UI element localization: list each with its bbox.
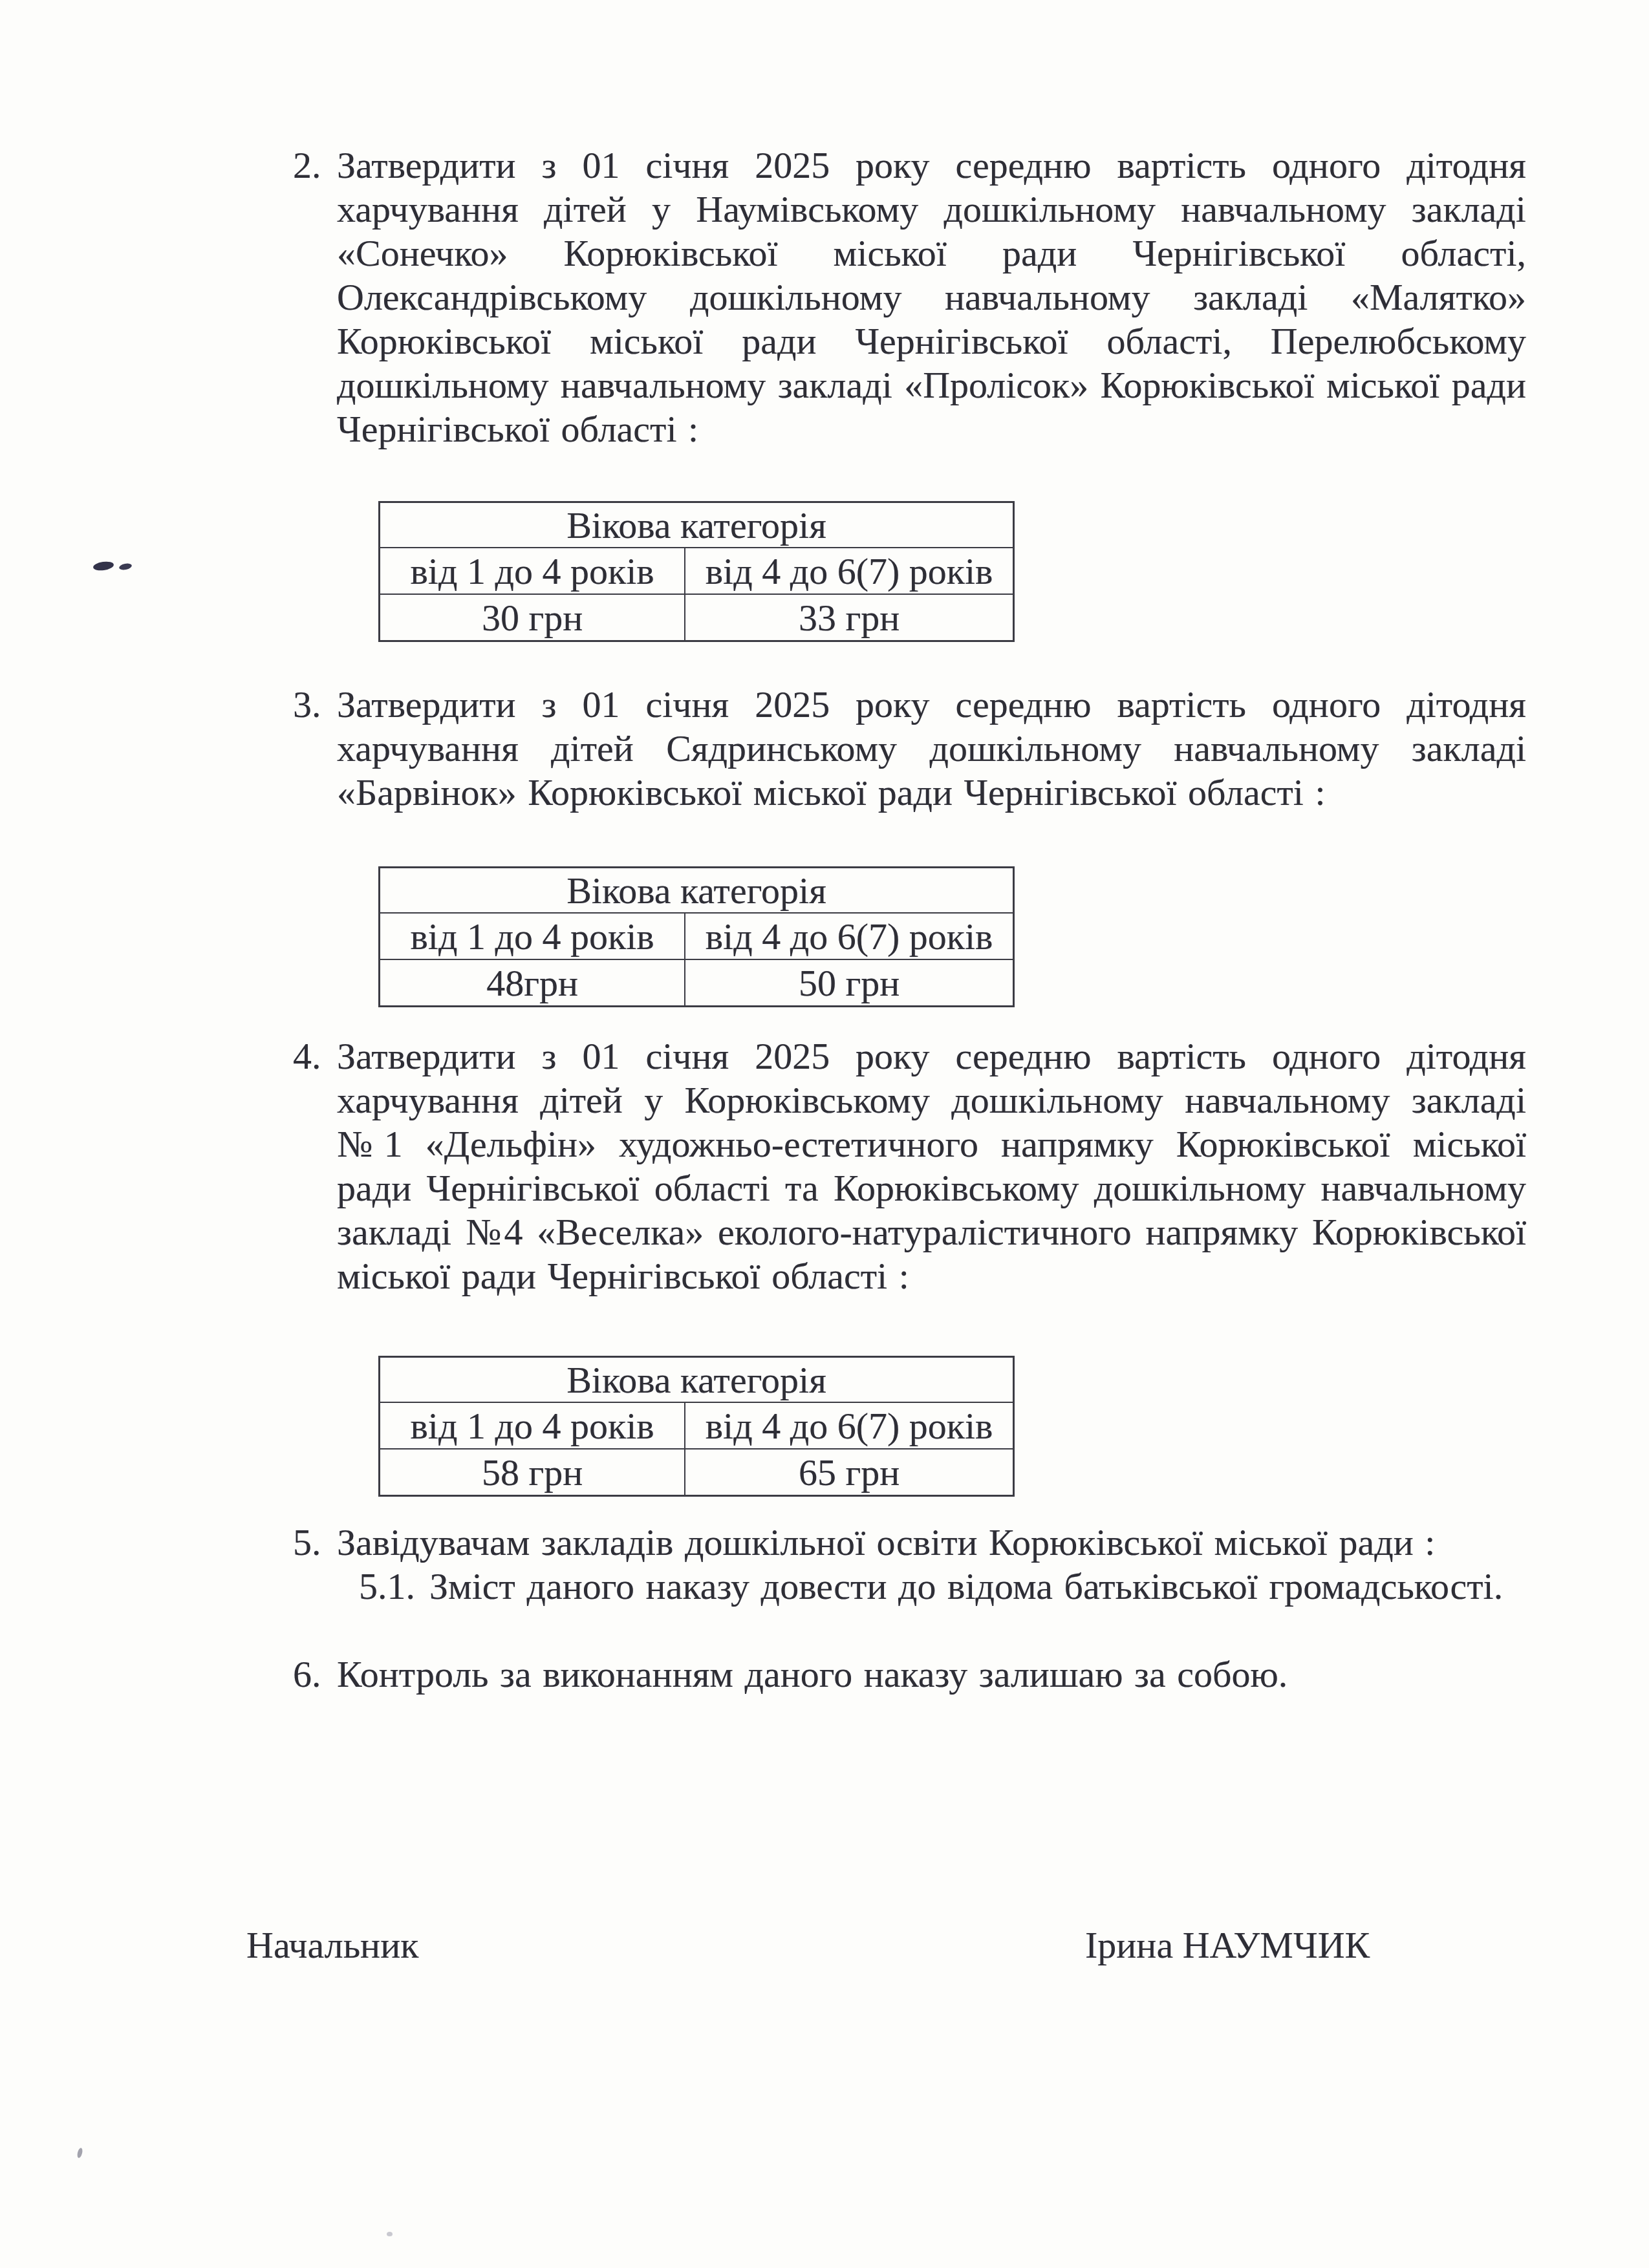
price-table-1-age-col-1: від 1 до 4 років bbox=[380, 548, 685, 594]
price-table-3-header: Вікова категорія bbox=[380, 1358, 1013, 1403]
item-3-number: 3. bbox=[293, 683, 337, 727]
price-table-2-age-col-2: від 4 до 6(7) років bbox=[685, 914, 1013, 959]
item-6-text: Контроль за виконанням даного наказу зал… bbox=[337, 1653, 1288, 1696]
price-table-1: Вікова категорія від 1 до 4 років від 4 … bbox=[378, 501, 1015, 642]
price-table-1-age-col-2: від 4 до 6(7) років bbox=[685, 548, 1013, 594]
price-table-1-header: Вікова категорія bbox=[380, 503, 1013, 548]
price-table-3: Вікова категорія від 1 до 4 років від 4 … bbox=[378, 1356, 1015, 1497]
item-5-1-number: 5.1. bbox=[359, 1565, 429, 1609]
price-table-2-value-2: 50 грн bbox=[685, 960, 1013, 1005]
item-5-1-text: Зміст даного наказу довести до відома ба… bbox=[429, 1565, 1526, 1609]
item-4-number: 4. bbox=[293, 1034, 337, 1078]
price-table-2-value-row: 48грн 50 грн bbox=[380, 960, 1013, 1005]
price-table-3-label-row: від 1 до 4 років від 4 до 6(7) років bbox=[380, 1403, 1013, 1450]
scan-artifact-ink-speck bbox=[76, 2147, 83, 2158]
signature-row: Начальник Ірина НАУМЧИК bbox=[0, 1923, 1649, 1975]
scan-artifact-ink-blob bbox=[118, 562, 132, 571]
price-table-1-label-row: від 1 до 4 років від 4 до 6(7) років bbox=[380, 548, 1013, 595]
price-table-1-value-row: 30 грн 33 грн bbox=[380, 595, 1013, 640]
price-table-2-value-1: 48грн bbox=[380, 960, 685, 1005]
item-2-text: Затвердити з 01 січня 2025 року середню … bbox=[337, 144, 1526, 451]
list-item-2: 2. Затвердити з 01 січня 2025 року серед… bbox=[293, 144, 1526, 451]
item-6-number: 6. bbox=[293, 1653, 337, 1696]
item-2-number: 2. bbox=[293, 144, 337, 187]
list-item-3: 3. Затвердити з 01 січня 2025 року серед… bbox=[293, 683, 1526, 815]
item-3-text: Затвердити з 01 січня 2025 року середню … bbox=[337, 683, 1526, 815]
price-table-1-value-2: 33 грн bbox=[685, 595, 1013, 640]
signer-position: Начальник bbox=[246, 1923, 418, 1967]
signer-name: Ірина НАУМЧИК bbox=[1085, 1923, 1370, 1967]
price-table-3-age-col-2: від 4 до 6(7) років bbox=[685, 1403, 1013, 1448]
scan-artifact-ink-blob bbox=[92, 561, 114, 572]
price-table-3-value-2: 65 грн bbox=[685, 1450, 1013, 1495]
price-table-2-header: Вікова категорія bbox=[380, 868, 1013, 914]
list-item-4: 4. Затвердити з 01 січня 2025 року серед… bbox=[293, 1034, 1526, 1298]
list-item-5-1: 5.1. Зміст даного наказу довести до відо… bbox=[359, 1565, 1526, 1609]
price-table-3-value-row: 58 грн 65 грн bbox=[380, 1450, 1013, 1495]
list-item-5: 5. Завідувачам закладів дошкільної освіт… bbox=[293, 1521, 1526, 1565]
price-table-2-age-col-1: від 1 до 4 років bbox=[380, 914, 685, 959]
price-table-3-value-1: 58 грн bbox=[380, 1450, 685, 1495]
price-table-2-label-row: від 1 до 4 років від 4 до 6(7) років bbox=[380, 914, 1013, 960]
price-table-1-value-1: 30 грн bbox=[380, 595, 685, 640]
price-table-3-age-col-1: від 1 до 4 років bbox=[380, 1403, 685, 1448]
scanned-order-page: 2. Затвердити з 01 січня 2025 року серед… bbox=[0, 0, 1649, 2268]
scan-artifact-ink-speck bbox=[387, 2232, 393, 2236]
item-5-text: Завідувачам закладів дошкільної освіти К… bbox=[337, 1521, 1435, 1565]
item-5-number: 5. bbox=[293, 1521, 337, 1565]
item-4-text: Затвердити з 01 січня 2025 року середню … bbox=[337, 1034, 1526, 1298]
list-item-6: 6. Контроль за виконанням даного наказу … bbox=[293, 1653, 1526, 1696]
price-table-2: Вікова категорія від 1 до 4 років від 4 … bbox=[378, 866, 1015, 1007]
